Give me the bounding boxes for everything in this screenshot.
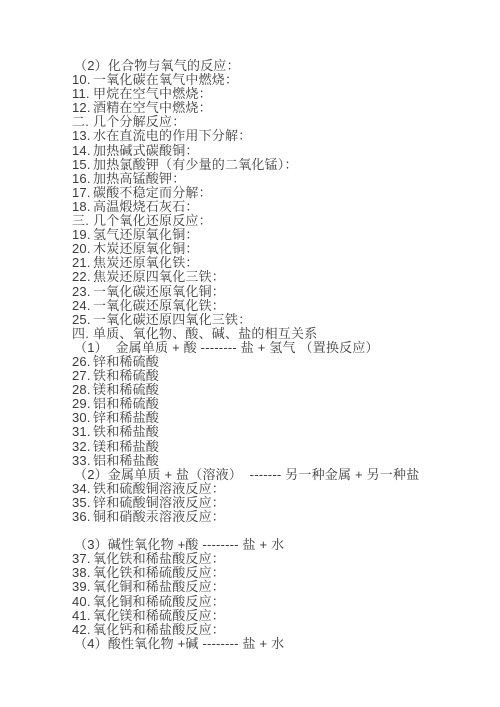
line-text: 锌和稀硫酸 [93,354,159,369]
line-text: 氧化镁和稀硫酸反应： [93,608,225,623]
doc-line: 16.加热高锰酸钾： [72,172,480,186]
line-text: 焦炭还原氧化铁： [93,255,199,270]
doc-line: 30.锌和稀盐酸 [72,411,480,425]
line-text: 加热高锰酸钾： [93,171,185,186]
doc-line: 19.氢气还原氧化铜： [72,228,480,242]
doc-line: 10.一氧化碳在氧气中燃烧： [72,73,480,87]
line-text: 甲烷在空气中燃烧： [93,86,212,101]
line-text: 高温煅烧石灰石： [93,199,199,214]
line-number: 13. [72,129,93,143]
blank-line [72,524,480,538]
doc-line: 38.氧化铁和稀硫酸反应： [72,566,480,580]
line-text: 一氧化碳在氧气中燃烧： [93,72,238,87]
doc-subsection-heading: （2）金属单质 + 盐（溶液） ------- 另一种金属 + 另一种盐 [72,468,480,482]
doc-line: 41.氧化镁和稀硫酸反应： [72,609,480,623]
line-number: 37. [72,552,93,566]
line-text: （3）碱性氧化物 +酸 -------- 盐 + 水 [74,537,284,552]
doc-line: 34.铁和硫酸铜溶液反应： [72,482,480,496]
line-text: 酒精在空气中燃烧： [93,100,212,115]
document-lines: （2）化合物与氧气的反应：10.一氧化碳在氧气中燃烧：11.甲烷在空气中燃烧：1… [72,59,480,651]
line-text: 氢气还原氧化铜： [93,227,199,242]
doc-line: 11.甲烷在空气中燃烧： [72,87,480,101]
doc-line: 25.一氧化碳还原四氧化三铁： [72,313,480,327]
line-text: 铝和稀硫酸 [93,396,159,411]
line-text: 一氧化碳还原四氧化三铁： [93,312,251,327]
doc-line: 15.加热氯酸钾（有少量的二氧化锰）： [72,158,480,172]
doc-line: 32.镁和稀盐酸 [72,440,480,454]
line-text: （1） 金属单质 + 酸 -------- 盐 + 氢气 （置换反应） [74,340,379,355]
line-text: 锌和硫酸铜溶液反应： [93,495,225,510]
line-number: 29. [72,397,93,411]
line-text: 铁和稀盐酸 [93,424,159,439]
line-number: 16. [72,172,93,186]
line-number: 36. [72,510,93,524]
line-text: 水在直流电的作用下分解： [93,128,251,143]
line-text: 碳酸不稳定而分解： [93,185,212,200]
doc-section-heading: 三.几个氧化还原反应： [72,214,480,228]
line-number: 34. [72,482,93,496]
doc-line: 22.焦炭还原四氧化三铁： [72,270,480,284]
line-number: 14. [72,144,93,158]
line-number: 27. [72,369,93,383]
doc-section-heading: 四.单质、氧化物、酸、碱、盐的相互关系 [72,327,480,341]
doc-line: 23.一氧化碳还原氧化铜： [72,285,480,299]
line-text: 几个氧化还原反应： [93,213,212,228]
line-number: 25. [72,313,93,327]
line-number: 三. [72,214,93,228]
doc-line: 33.铝和稀盐酸 [72,454,480,468]
line-number: 26. [72,355,93,369]
line-text: 氧化铁和稀盐酸反应： [93,551,225,566]
line-text: 加热氯酸钾（有少量的二氧化锰）： [93,157,298,172]
doc-line: 37.氧化铁和稀盐酸反应： [72,552,480,566]
line-number: 33. [72,454,93,468]
doc-line: 39.氧化铜和稀盐酸反应： [72,580,480,594]
line-number: 17. [72,186,93,200]
line-number: 24. [72,299,93,313]
doc-line: 21.焦炭还原氧化铁： [72,256,480,270]
line-number: 19. [72,228,93,242]
doc-subsection-heading: （1） 金属单质 + 酸 -------- 盐 + 氢气 （置换反应） [72,341,480,355]
doc-line: 40.氧化铜和稀硫酸反应： [72,595,480,609]
doc-line: 24.一氧化碳还原氧化铁： [72,299,480,313]
line-number: 15. [72,158,93,172]
line-number: 二. [72,115,93,129]
doc-line: 12.酒精在空气中燃烧： [72,101,480,115]
doc-subsection-heading: （4）酸性氧化物 +碱 -------- 盐 + 水 [72,637,480,651]
doc-subsection-heading: （3）碱性氧化物 +酸 -------- 盐 + 水 [72,538,480,552]
line-number: 18. [72,200,93,214]
line-text: 加热碱式碳酸铜： [93,143,199,158]
line-number: 38. [72,566,93,580]
doc-line: 29.铝和稀硫酸 [72,397,480,411]
doc-line: 14.加热碱式碳酸铜： [72,144,480,158]
line-number: 40. [72,595,93,609]
doc-subsection-heading: （2）化合物与氧气的反应： [72,59,480,73]
line-number: 39. [72,580,93,594]
doc-line: 17.碳酸不稳定而分解： [72,186,480,200]
line-text: 单质、氧化物、酸、碱、盐的相互关系 [93,326,317,341]
line-text: 氧化钙和稀盐酸反应： [93,622,225,637]
doc-line: 26.锌和稀硫酸 [72,355,480,369]
line-number: 28. [72,383,93,397]
line-text: 几个分解反应： [93,114,185,129]
doc-line: 36.铜和硝酸汞溶液反应： [72,510,480,524]
doc-line: 18.高温煅烧石灰石： [72,200,480,214]
line-text: 焦炭还原四氧化三铁： [93,269,225,284]
doc-line: 13.水在直流电的作用下分解： [72,129,480,143]
line-text: 镁和稀盐酸 [93,439,159,454]
line-text: 锌和稀盐酸 [93,410,159,425]
line-text: 木炭还原氧化铜： [93,241,199,256]
line-number: 21. [72,256,93,270]
line-text: 铜和硝酸汞溶液反应： [93,509,225,524]
line-number: 35. [72,496,93,510]
line-text: （2）金属单质 + 盐（溶液） ------- 另一种金属 + 另一种盐 [74,467,419,482]
document-page: （2）化合物与氧气的反应：10.一氧化碳在氧气中燃烧：11.甲烷在空气中燃烧：1… [0,0,500,707]
line-text: 铝和稀盐酸 [93,453,159,468]
line-text: 铁和稀硫酸 [93,368,159,383]
line-number: 22. [72,270,93,284]
line-number: 11. [72,87,93,101]
line-number: 12. [72,101,93,115]
line-number: 10. [72,73,93,87]
line-number: 41. [72,609,93,623]
line-number: 31. [72,425,93,439]
doc-line: 28.镁和稀硫酸 [72,383,480,397]
line-number: 四. [72,327,93,341]
line-text: 氧化铜和稀硫酸反应： [93,594,225,609]
doc-line: 42.氧化钙和稀盐酸反应： [72,623,480,637]
line-text: （4）酸性氧化物 +碱 -------- 盐 + 水 [74,636,284,651]
line-number: 32. [72,440,93,454]
line-number: 23. [72,285,93,299]
doc-line: 27.铁和稀硫酸 [72,369,480,383]
line-text: 氧化铜和稀盐酸反应： [93,579,225,594]
line-text: 铁和硫酸铜溶液反应： [93,481,225,496]
line-text: 镁和稀硫酸 [93,382,159,397]
line-number: 20. [72,242,93,256]
doc-line: 20.木炭还原氧化铜： [72,242,480,256]
line-text: 一氧化碳还原氧化铁： [93,298,225,313]
doc-section-heading: 二.几个分解反应： [72,115,480,129]
doc-line: 35.锌和硫酸铜溶液反应： [72,496,480,510]
line-text: 一氧化碳还原氧化铜： [93,284,225,299]
line-text: （2）化合物与氧气的反应： [74,58,240,73]
line-number: 30. [72,411,93,425]
line-number: 42. [72,623,93,637]
line-text: 氧化铁和稀硫酸反应： [93,565,225,580]
doc-line: 31.铁和稀盐酸 [72,425,480,439]
